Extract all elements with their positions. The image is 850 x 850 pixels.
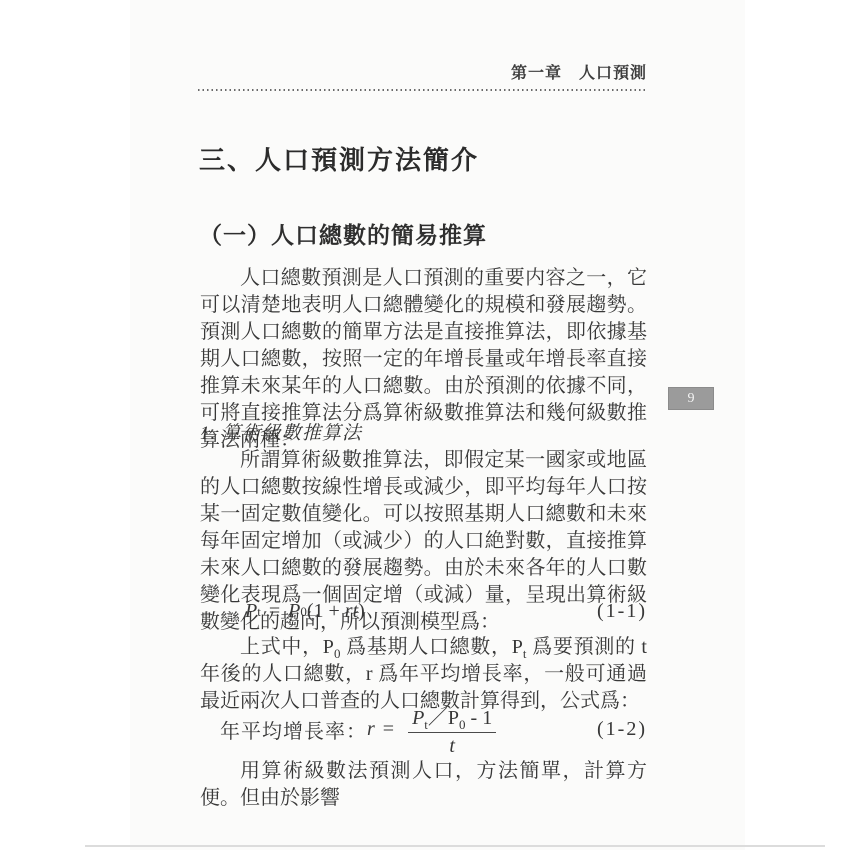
formula-var-P0: P bbox=[288, 600, 300, 623]
list-item-heading: 1. 算術級數推算法 bbox=[200, 418, 362, 445]
running-header: 第一章 人口預測 bbox=[200, 60, 647, 83]
formula-var-r: r bbox=[367, 718, 375, 741]
fraction-numerator: Pt／P0 - 1 bbox=[408, 701, 496, 732]
header-dotted-rule bbox=[198, 89, 648, 91]
formula-1-1: Pt = P0 (1 + rt) (1-1) bbox=[200, 600, 647, 623]
subsection-heading: （一）人口總數的簡易推算 bbox=[199, 217, 487, 250]
formula-var-Pt: P bbox=[245, 600, 257, 623]
fraction-denominator: t bbox=[408, 732, 496, 758]
formula-1-1-expression: Pt = P0 (1 + rt) bbox=[200, 600, 365, 623]
scan-bottom-edge-line bbox=[85, 845, 825, 847]
formula-1-2: 年平均增長率： r = Pt／P0 - 1 t (1-2) bbox=[200, 703, 647, 755]
equals-sign: = bbox=[375, 718, 402, 741]
page-number-badge: 9 bbox=[668, 387, 714, 410]
formula-1-1-label: (1-1) bbox=[597, 600, 647, 623]
formula-1-2-label: (1-2) bbox=[597, 718, 647, 741]
formula-1-2-expression: 年平均增長率： r = Pt／P0 - 1 t bbox=[200, 701, 496, 758]
formula-close-paren: ) bbox=[358, 600, 365, 623]
section-heading: 三、人口預測方法簡介 bbox=[199, 140, 479, 177]
division-slash: ／P bbox=[428, 707, 459, 729]
scanned-book-page: 第一章 人口預測 三、人口預測方法簡介 （一）人口總數的簡易推算 人口總數預測是… bbox=[0, 0, 850, 850]
para3-segment-2: 爲基期人口總數，P bbox=[340, 636, 522, 658]
minus-one: - 1 bbox=[466, 707, 493, 729]
fraction: Pt／P0 - 1 t bbox=[408, 701, 496, 758]
growth-rate-label: 年平均增長率： bbox=[220, 715, 367, 744]
paragraph-closing: 用算術級數法預測人口，方法簡單，計算方便。但由於影響 bbox=[200, 758, 647, 812]
formula-var-Pt: P bbox=[412, 707, 424, 729]
formula-open-paren: (1 + bbox=[307, 600, 345, 623]
equals-sign: = bbox=[261, 600, 288, 623]
para3-segment-1: 上式中，P bbox=[240, 636, 334, 658]
formula-var-rt: rt bbox=[345, 600, 358, 623]
